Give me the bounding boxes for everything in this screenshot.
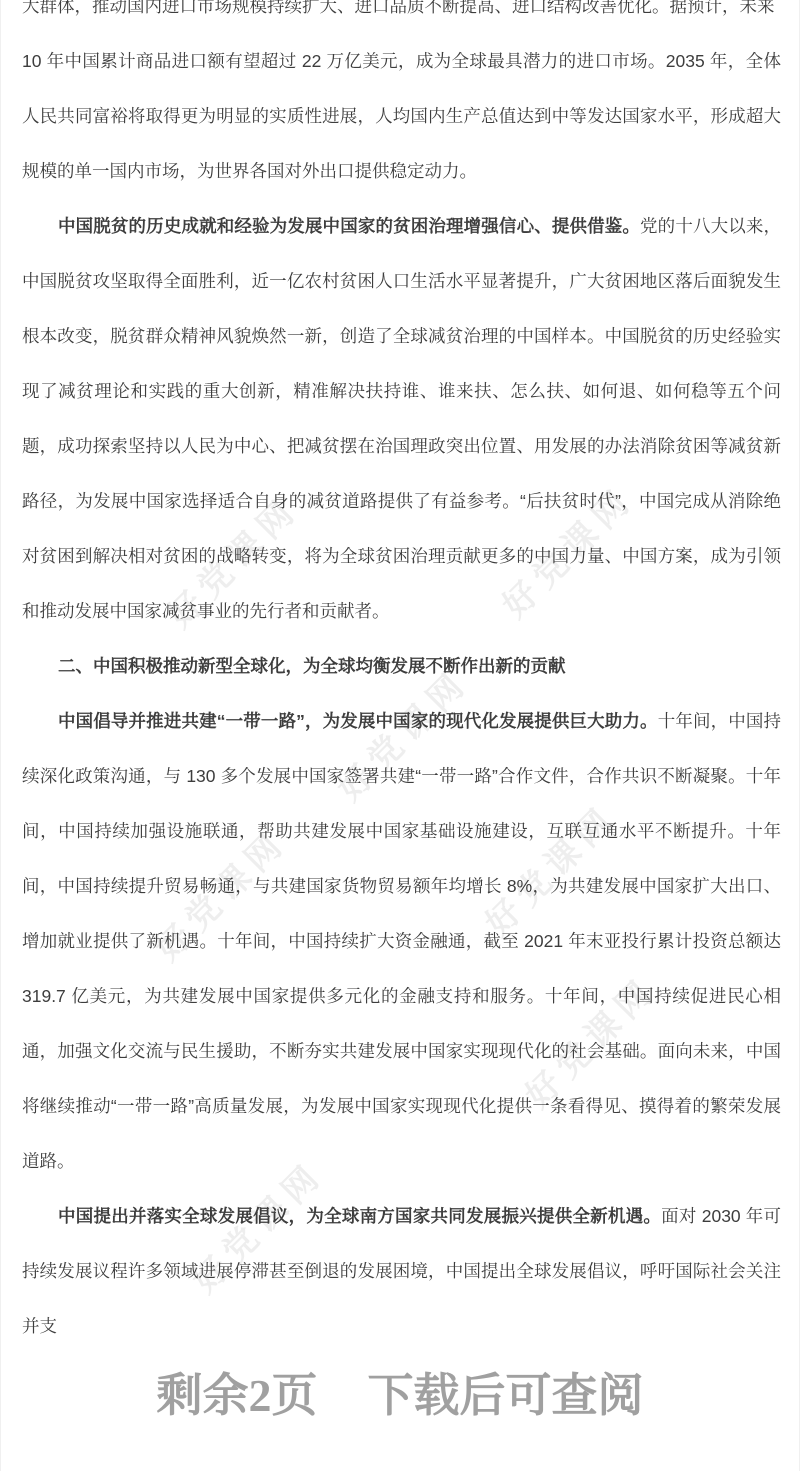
- document-body: 大群体，推动国内进口市场规模持续扩大、进口品质不断提高、进口结构改善优化。据预计…: [22, 0, 781, 1354]
- paragraph-text: 10 年中国累计商品进口额有望超过 22 万亿美元，成为全球最具潜力的进口市场。…: [22, 51, 781, 181]
- preview-footer-notice: 剩余2页下载后可查阅: [1, 1368, 799, 1423]
- paragraph-cutoff-top: 大群体，推动国内进口市场规模持续扩大、进口品质不断提高、进口结构改善优化。据预计…: [22, 0, 781, 34]
- paragraph-poverty-alleviation: 中国脱贫的历史成就和经验为发展中国家的贫困治理增强信心、提供借鉴。党的十八大以来…: [22, 199, 781, 639]
- section-heading: 二、中国积极推动新型全球化，为全球均衡发展不断作出新的贡献: [22, 639, 781, 694]
- download-hint-label: 下载后可查阅: [368, 1370, 644, 1421]
- paragraph-lead-bold: 中国提出并落实全球发展倡议，为全球南方国家共同发展振兴提供全新机遇。: [58, 1206, 661, 1226]
- paragraph-lead-bold: 中国倡导并推进共建“一带一路”，为发展中国家的现代化发展提供巨大助力。: [58, 711, 658, 731]
- paragraph-lead-bold: 中国脱贫的历史成就和经验为发展中国家的贫困治理增强信心、提供借鉴。: [58, 216, 640, 236]
- paragraph-text: 党的十八大以来，中国脱贫攻坚取得全面胜利，近一亿农村贫困人口生活水平显著提升，广…: [22, 216, 781, 621]
- document-preview-page: 好党课网好党课网好党课网好党课网好党课网好党课网好党课网 大群体，推动国内进口市…: [0, 0, 800, 1471]
- paragraph-import-market: 10 年中国累计商品进口额有望超过 22 万亿美元，成为全球最具潜力的进口市场。…: [22, 34, 781, 199]
- remaining-pages-label: 剩余2页: [157, 1370, 318, 1421]
- paragraph-text: 十年间，中国持续深化政策沟通，与 130 多个发展中国家签署共建“一带一路”合作…: [22, 711, 781, 1171]
- paragraph-belt-and-road: 中国倡导并推进共建“一带一路”，为发展中国家的现代化发展提供巨大助力。十年间，中…: [22, 694, 781, 1189]
- paragraph-global-development-initiative: 中国提出并落实全球发展倡议，为全球南方国家共同发展振兴提供全新机遇。面对 203…: [22, 1189, 781, 1354]
